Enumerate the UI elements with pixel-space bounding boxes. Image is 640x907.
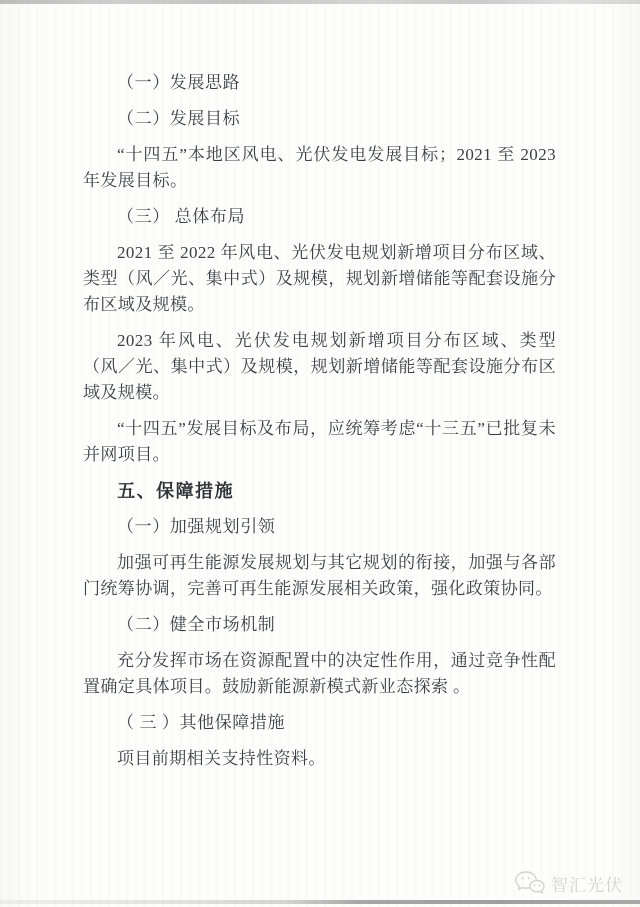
doc-paragraph: “十四五”发展目标及布局，应统筹考虑“十三五”已批复未并网项目。: [83, 416, 556, 468]
document-body: （一）发展思路 （二）发展目标 “十四五”本地区风电、光伏发电发展目标；2021…: [83, 70, 556, 782]
watermark: 智汇光伏: [514, 870, 623, 896]
doc-subheading: （二）健全市场机制: [83, 612, 556, 638]
doc-paragraph: 加强可再生能源发展规划与其它规划的衔接，加强与各部门统筹协调，完善可再生能源发展…: [83, 550, 556, 602]
doc-subheading: （ 三 ）其他保障措施: [83, 710, 556, 736]
doc-paragraph: 2023 年风电、光伏发电规划新增项目分布区域、类型（风／光、集中式）及规模，规…: [83, 328, 556, 406]
doc-paragraph: 项目前期相关支持性资料。: [83, 746, 556, 772]
doc-subheading: （一）加强规划引领: [83, 514, 556, 540]
scan-edge-top: [0, 0, 640, 4]
doc-paragraph: 2021 至 2022 年风电、光伏发电规划新增项目分布区域、类型（风／光、集中…: [83, 240, 556, 318]
doc-subheading: （三） 总体布局: [83, 204, 556, 230]
doc-subheading: （二）发展目标: [83, 106, 556, 132]
scan-edge-bottom: [0, 900, 640, 904]
doc-paragraph: “十四五”本地区风电、光伏发电发展目标；2021 至 2023 年发展目标。: [83, 142, 556, 194]
doc-section-heading: 五、保障措施: [83, 478, 556, 504]
document-page: （一）发展思路 （二）发展目标 “十四五”本地区风电、光伏发电发展目标；2021…: [0, 0, 640, 907]
doc-paragraph: 充分发挥市场在资源配置中的决定性作用，通过竞争性配置确定具体项目。鼓励新能源新模…: [83, 648, 556, 700]
doc-subheading: （一）发展思路: [83, 70, 556, 96]
wechat-icon: [514, 870, 546, 896]
watermark-label: 智汇光伏: [551, 871, 623, 896]
